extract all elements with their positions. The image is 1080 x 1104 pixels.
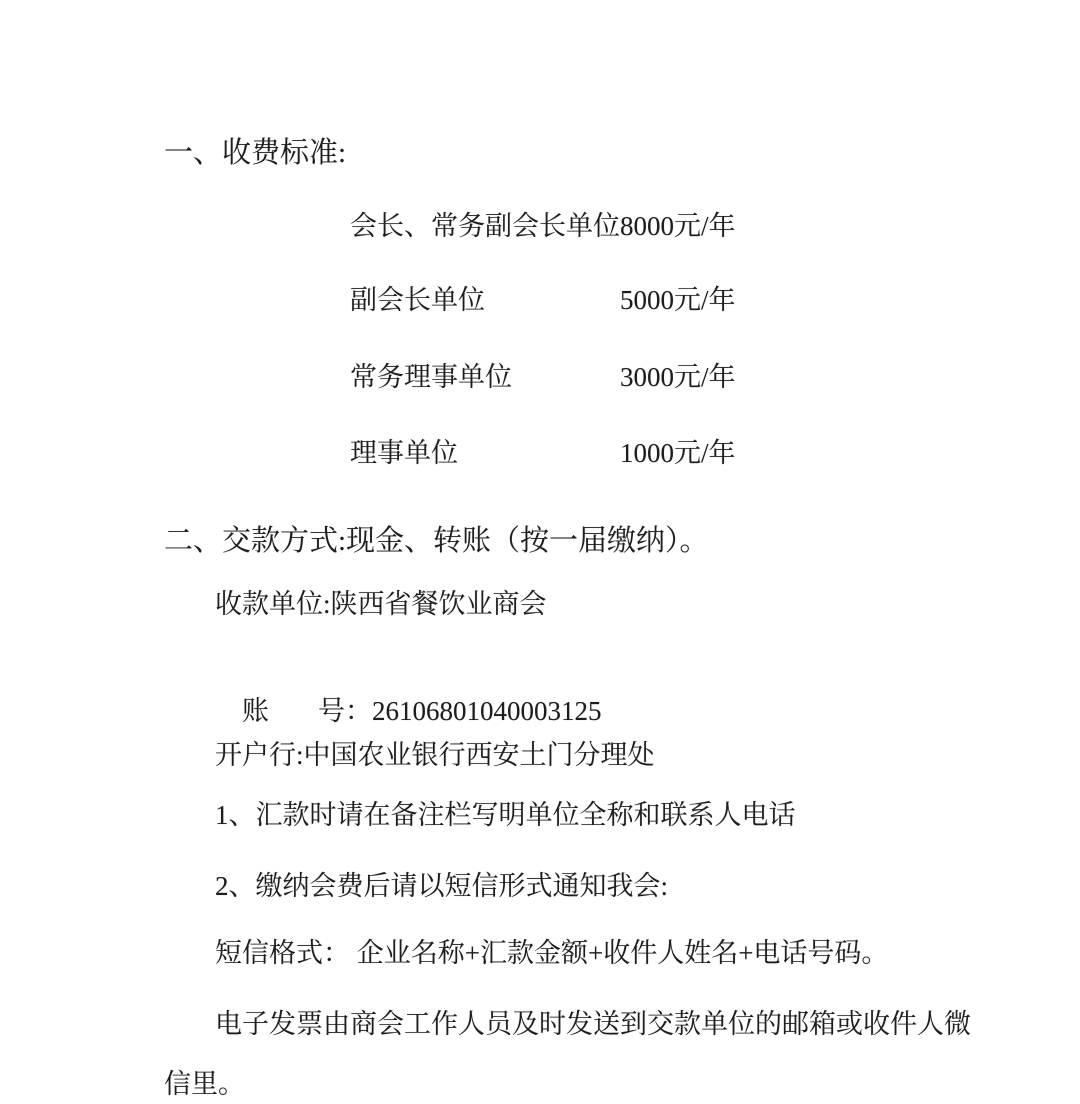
account-label: 账 — [242, 696, 269, 726]
sms-format-line: 短信格式： 企业名称+汇款金额+收件人姓名+电话号码。 — [215, 937, 888, 969]
invoice-paragraph-line-1: 电子发票由商会工作人员及时发送到交款单位的邮箱或收件人微 — [215, 1008, 971, 1040]
fee-section-heading: 一、收费标准: — [164, 136, 346, 171]
fee-row: 会长、常务副会长单位 8000元/年 — [0, 210, 1080, 246]
account-number-label: 号： — [318, 696, 372, 726]
account-number: 26106801040003125 — [372, 696, 602, 726]
fee-row: 常务理事单位 3000元/年 — [0, 361, 1080, 397]
invoice-paragraph-line-2: 信里。 — [164, 1068, 245, 1100]
payment-section-heading: 二、交款方式:现金、转账（按一届缴纳）。 — [164, 524, 709, 559]
payee-line: 收款单位:陕西省餐饮业商会 — [215, 588, 547, 620]
fee-label: 会长、常务副会长单位 — [350, 210, 620, 242]
fee-row: 理事单位 1000元/年 — [0, 437, 1080, 473]
remittance-note-1: 1、汇款时请在备注栏写明单位全称和联系人电话 — [215, 799, 796, 831]
fee-label: 常务理事单位 — [350, 361, 512, 393]
fee-row: 副会长单位 5000元/年 — [0, 284, 1080, 320]
remittance-note-2: 2、缴纳会费后请以短信形式通知我会: — [215, 870, 668, 902]
fee-amount: 8000元/年 — [620, 210, 736, 242]
fee-label: 副会长单位 — [350, 284, 485, 316]
bank-line: 开户行:中国农业银行西安土门分理处 — [215, 739, 655, 771]
fee-amount: 1000元/年 — [620, 437, 736, 469]
fee-label: 理事单位 — [350, 437, 458, 469]
document-page: 一、收费标准: 会长、常务副会长单位 8000元/年 副会长单位 5000元/年… — [0, 0, 1080, 1104]
fee-amount: 5000元/年 — [620, 284, 736, 316]
fee-amount: 3000元/年 — [620, 361, 736, 393]
